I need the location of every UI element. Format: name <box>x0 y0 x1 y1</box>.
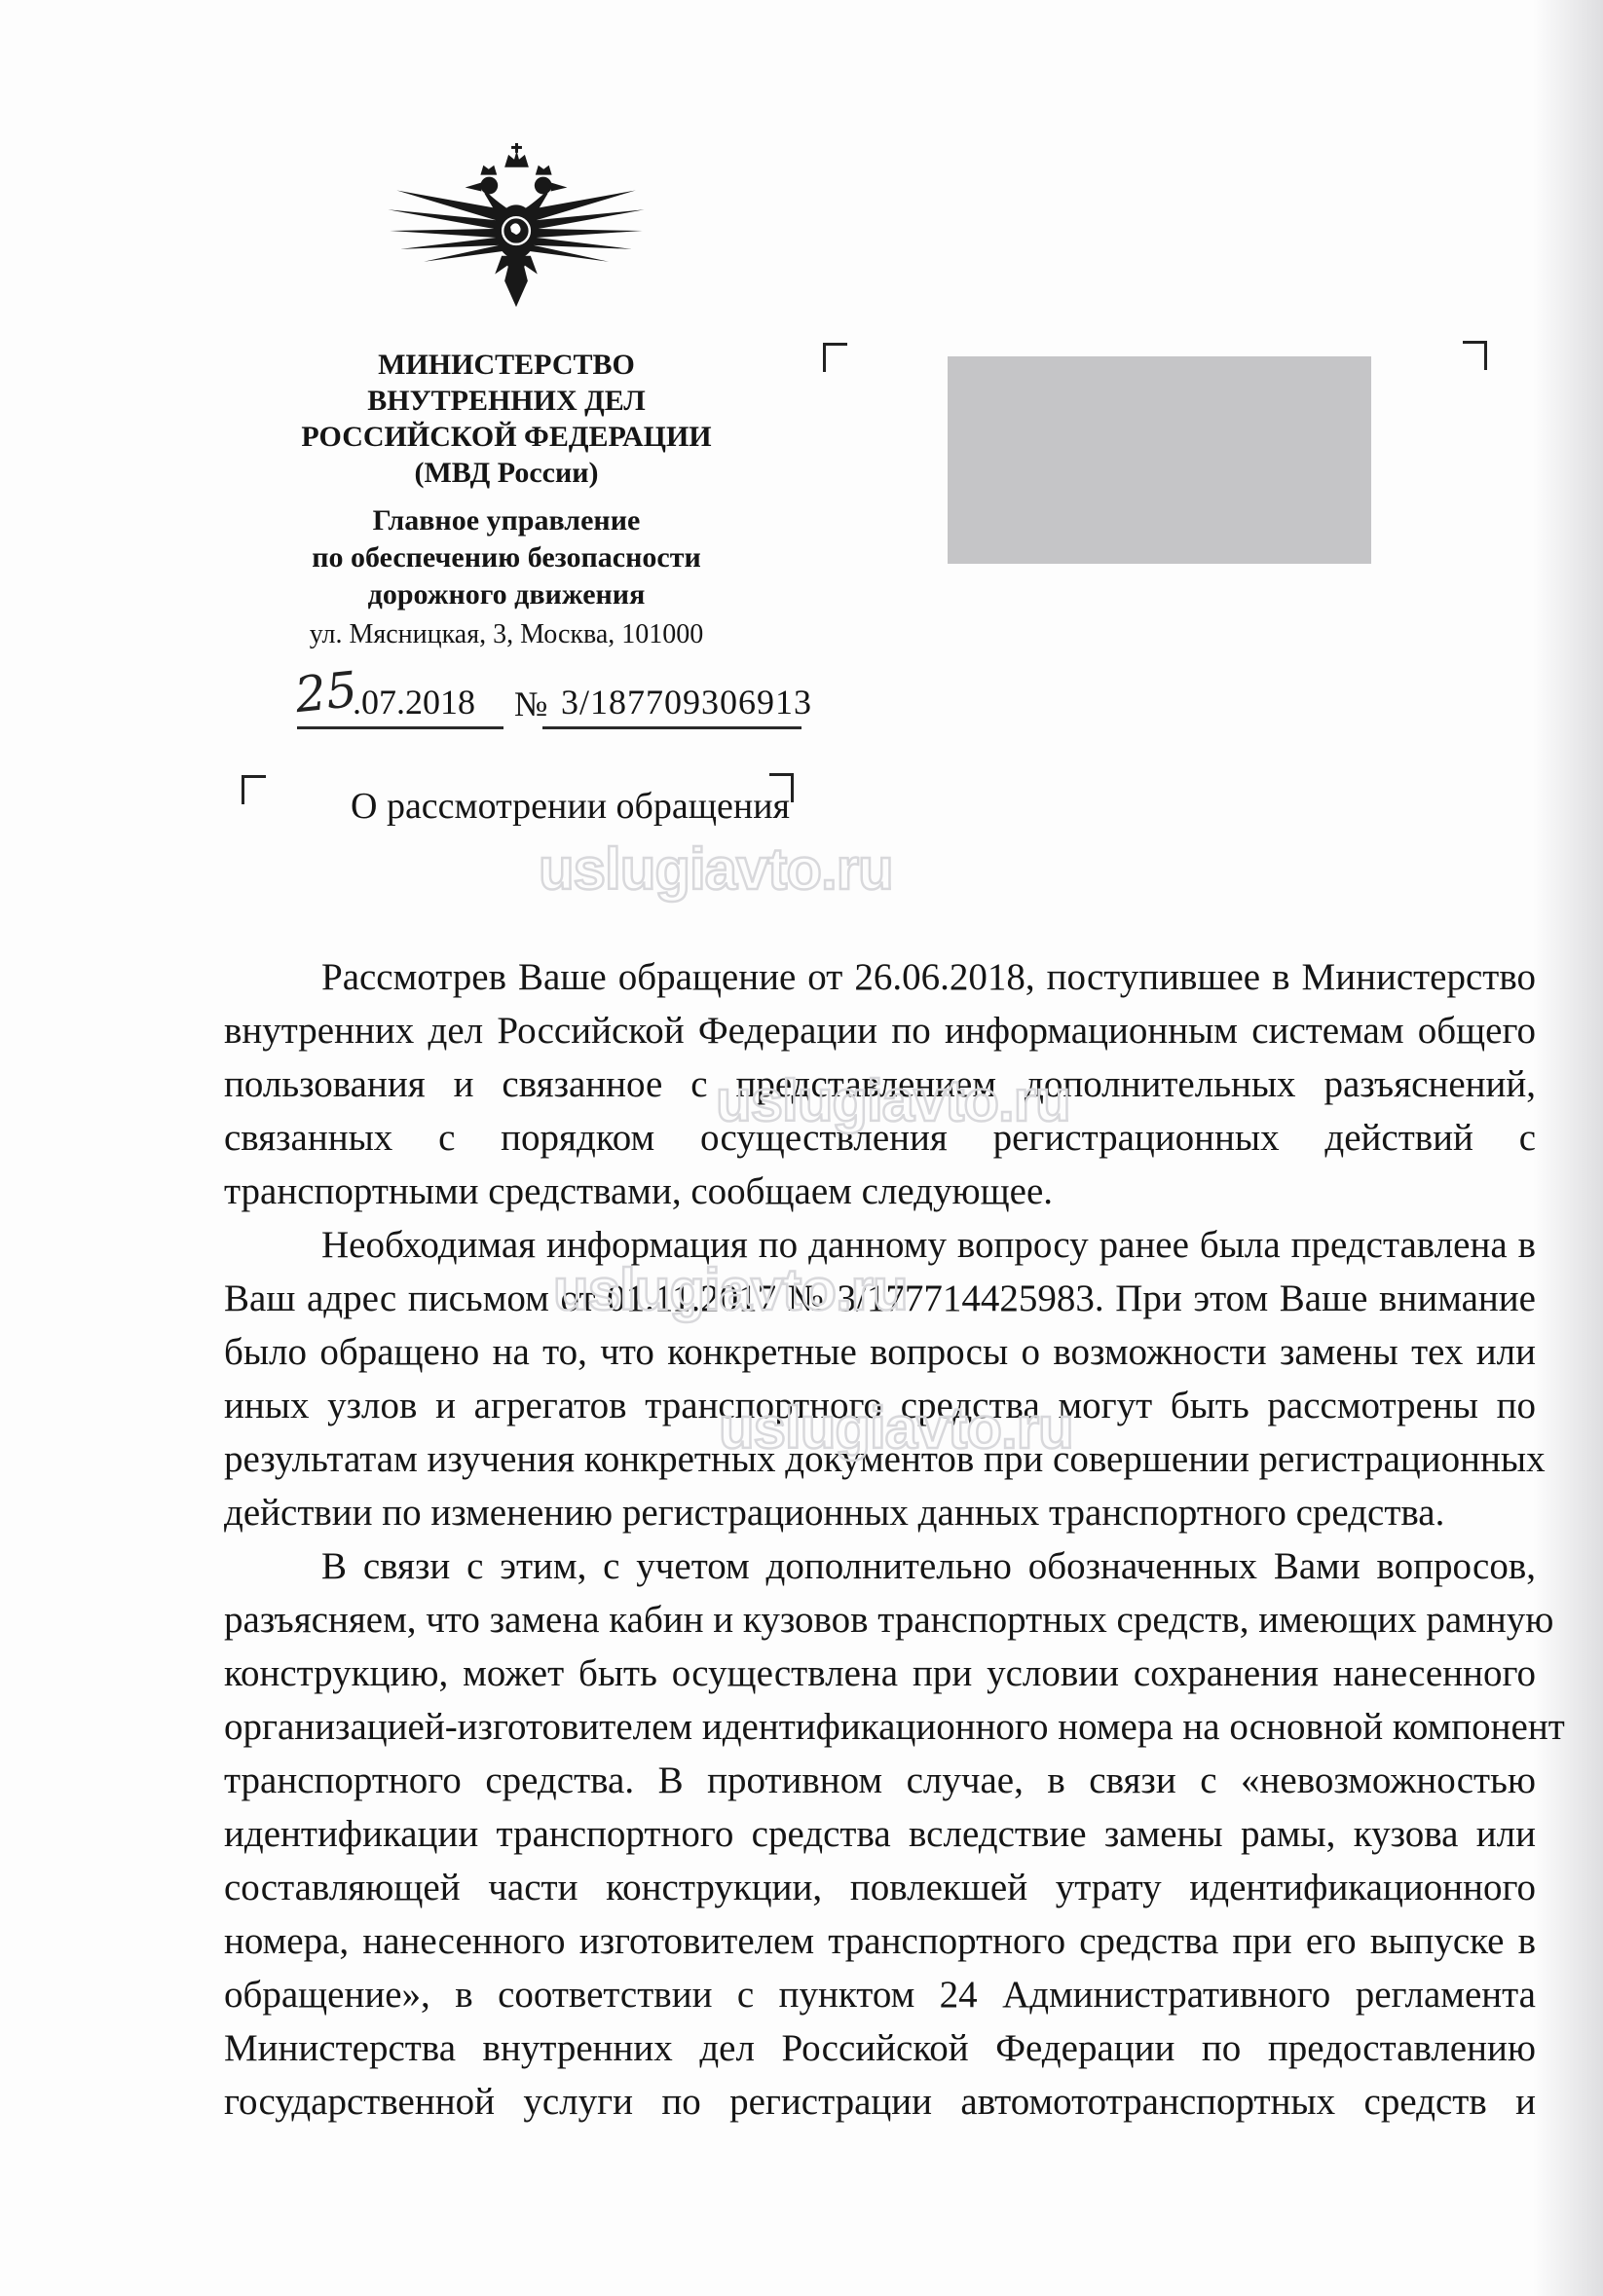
body-line: государственной услуги по регистрации ав… <box>224 2075 1536 2129</box>
body-line: номера, нанесенного изготовителем трансп… <box>224 1914 1536 1968</box>
redaction-box <box>948 356 1371 564</box>
watermark: uslugiavto.ru <box>539 835 893 903</box>
body-line: внутренних дел Российской Федерации по и… <box>224 1004 1536 1057</box>
body-line: идентификации транспортного средства всл… <box>224 1807 1536 1861</box>
letterhead-division-line: дорожного движения <box>229 576 784 613</box>
subject-line: О рассмотрении обращения <box>351 785 790 828</box>
body-line: Министерства внутренних дел Российской Ф… <box>224 2021 1536 2075</box>
body-line: обращение», в соответствии с пунктом 24 … <box>224 1968 1536 2021</box>
body-line: связанных с порядком осуществления регис… <box>224 1111 1536 1165</box>
corner-mark-subject-left <box>242 775 266 804</box>
number-underline <box>542 726 801 729</box>
handwritten-day: 25 <box>292 661 359 723</box>
number-sign: № <box>514 684 547 724</box>
letterhead-org-line: МИНИСТЕРСТВО <box>229 347 784 383</box>
reference-row: 25 .07.2018 № 3/187709306913 <box>297 670 823 734</box>
date-underline <box>297 726 503 729</box>
body-line: составляющей части конструкции, повлекше… <box>224 1861 1536 1914</box>
letterhead: МИНИСТЕРСТВО ВНУТРЕННИХ ДЕЛ РОССИЙСКОЙ Ф… <box>229 347 784 651</box>
letter-body: Рассмотрев Ваше обращение от 26.06.2018,… <box>224 950 1536 2129</box>
body-line: В связи с этим, с учетом дополнительно о… <box>224 1539 1536 1593</box>
letterhead-org-line: (МВД России) <box>229 455 784 491</box>
body-line: результатам изучения конкретных документ… <box>224 1432 1536 1486</box>
body-line: организацией-изготовителем идентификацио… <box>224 1700 1536 1754</box>
body-line: иных узлов и агрегатов транспортного сре… <box>224 1379 1536 1432</box>
scanned-letter-page: МИНИСТЕРСТВО ВНУТРЕННИХ ДЕЛ РОССИЙСКОЙ Ф… <box>0 0 1603 2296</box>
body-line: Необходимая информация по данному вопрос… <box>224 1218 1536 1272</box>
body-line: Ваш адрес письмом от 01.11.2017 № 3/1777… <box>224 1272 1536 1325</box>
body-line: действии по изменению регистрационных да… <box>224 1486 1536 1539</box>
body-line: конструкцию, может быть осуществлена при… <box>224 1647 1536 1700</box>
outgoing-number: 3/187709306913 <box>561 682 812 722</box>
letterhead-org-line: ВНУТРЕННИХ ДЕЛ <box>229 383 784 419</box>
date-value: .07.2018 <box>353 682 475 722</box>
body-line: Рассмотрев Ваше обращение от 26.06.2018,… <box>224 950 1536 1004</box>
letterhead-division-line: Главное управление <box>229 502 784 539</box>
body-line: транспортного средства. В противном случ… <box>224 1754 1536 1807</box>
letterhead-org-line: РОССИЙСКОЙ ФЕДЕРАЦИИ <box>229 419 784 455</box>
corner-mark-top-right <box>1463 341 1487 370</box>
body-line: разъясняем, что замена кабин и кузовов т… <box>224 1593 1536 1647</box>
double-headed-eagle-icon <box>378 142 654 325</box>
body-line: транспортными средствами, сообщаем следу… <box>224 1165 1536 1218</box>
letterhead-division-line: по обеспечению безопасности <box>229 539 784 576</box>
body-line: было обращено на то, что конкретные вопр… <box>224 1325 1536 1379</box>
body-line: пользования и связанное с представлением… <box>224 1057 1536 1111</box>
letterhead-address: ул. Мясницкая, 3, Москва, 101000 <box>229 618 784 651</box>
corner-mark-top-left <box>823 343 847 372</box>
scan-edge-shading <box>1533 0 1603 2296</box>
